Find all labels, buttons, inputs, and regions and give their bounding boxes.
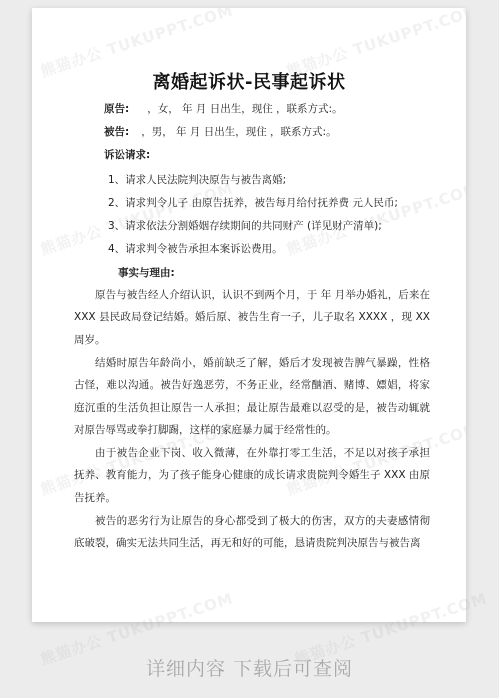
download-caption: 详细内容 下载后可查阅 (0, 654, 499, 681)
claim-item: 4、请求判令被告承担本案诉讼费用。 (108, 241, 283, 256)
paragraph: 被告的恶劣行为让原告的身心都受到了极大的伤害，双方的夫妻感情彻底破裂，确实无法共… (74, 510, 430, 555)
plaintiff-line: 原告:，女， 年 月 日出生，现住 ，联系方式:。 (104, 101, 343, 116)
plaintiff-text: ，女， 年 月 日出生，现住 ，联系方式:。 (147, 103, 342, 115)
claim-item: 2、请求判令儿子 由原告抚养，被告每月给付抚养费 元人民币; (108, 195, 398, 210)
paragraph: 结婚时原告年龄尚小，婚前缺乏了解，婚后才发现被告脾气暴躁，性格古怪，难以沟通。被… (74, 352, 430, 442)
claim-item: 1、请求人民法院判决原告与被告离婚; (108, 172, 286, 187)
facts-heading: 事实与理由: (118, 265, 175, 280)
claim-item: 3、请求依法分割婚姻存续期间的共同财产 (详见财产清单); (108, 218, 382, 233)
claims-heading: 诉讼请求: (104, 147, 150, 162)
document-page: 熊猫办公 TUKUPPT.COM 熊猫办公 TUKUPPT.COM 熊猫办公 T… (32, 8, 466, 622)
plaintiff-label: 原告: (104, 103, 129, 115)
defendant-text: ，男， 年 月 日出生，现住 ，联系方式:。 (141, 126, 336, 138)
paragraph: 原告与被告经人介绍认识，认识不到两个月，于 年 月举办婚礼，后来在 XXX 县民… (74, 284, 430, 351)
defendant-label: 被告: (104, 126, 129, 138)
defendant-line: 被告:，男， 年 月 日出生，现住 ，联系方式:。 (104, 124, 337, 139)
paragraph: 由于被告企业下岗、收入微薄，在外靠打零工生活，不足以对孩子承担抚养、教育能力，为… (74, 442, 430, 509)
document-title: 离婚起诉状-民事起诉状 (32, 68, 466, 94)
